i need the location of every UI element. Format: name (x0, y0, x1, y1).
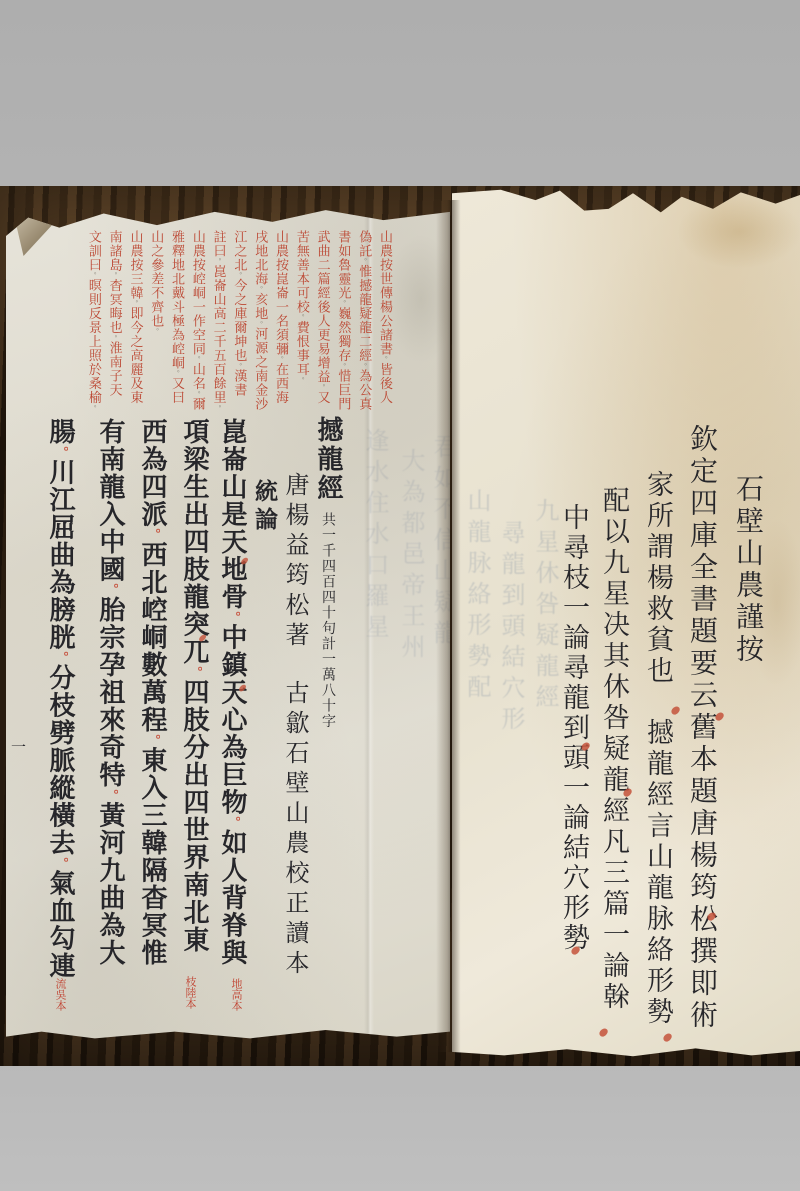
annotation-column: 文訓曰。暝則反景上照於桑榆。 (82, 230, 103, 444)
manuscript-photo-page: 逢水住水口羅星 大為都邑帝王州 君如不信山疑龍 山農按世傳楊公諸書。皆後人 偽託… (0, 0, 800, 1191)
verse-column: 項梁生出四肢龍突兀。四肢分出四世界南北東 (176, 418, 213, 954)
preface-column: 配以九星决其休咎疑龍經凡三篇一論榦 (594, 486, 633, 1013)
title-column: 撼龍經共一千四百四十句計一萬八十字 (310, 416, 347, 729)
annotation-column: 書如魯靈光。巍然獨存。惜巨門 (332, 230, 353, 444)
preface-column: 家所謂楊救貧也 撼龍經言山龍脉絡形勢 (638, 470, 677, 1028)
annotation-column: 山農按三韓。即今之高麗及東 (124, 230, 145, 444)
annotation-column: 偽託。惟撼龍疑龍二經。為公真 (352, 230, 373, 444)
folded-corner (12, 210, 60, 256)
bleedthrough-text: 大為都邑帝王州 (394, 448, 429, 665)
annotation-column: 江之北。今之庫爾坤也。漢書 (228, 230, 249, 444)
preface-column: 中尋枝一論尋龍到頭一論結穴形勢 (554, 503, 593, 953)
preface-column: 石壁山農謹按 (728, 474, 768, 666)
stain (677, 194, 800, 269)
annotation-column: 苦無善本可校。費恨事耳。 (290, 230, 311, 444)
annotation-column: 山農按崆峒一作空同。山名。爾 (186, 230, 207, 444)
author-name: 唐楊益筠松著 (281, 472, 309, 652)
annotation-column: 戌地北海。亥地。河源之南金沙 (248, 230, 269, 444)
author-column: 唐楊益筠松著古歙石壁山農校正讀本 (278, 472, 313, 980)
margin-mark: 一 (11, 736, 26, 757)
annotation-column: 南諸島。杳冥晦也。淮南子天 (103, 230, 124, 444)
photograph: 逢水住水口羅星 大為都邑帝王州 君如不信山疑龍 山農按世傳楊公諸書。皆後人 偽託… (0, 186, 800, 1066)
vermilion-mark (662, 1032, 673, 1043)
bleedthrough-text: 逢水住水口羅星 (358, 428, 393, 645)
section-heading: 統論 (248, 479, 281, 535)
bleedthrough-text: 君如不信山疑龍 (426, 434, 450, 651)
bleedthrough-text: 尋龍到頭結穴形 (494, 520, 529, 737)
annotation-column: 山農按崑崙一名須彌。在西海 (269, 230, 290, 444)
verse-column: 西為四派。西北崆峒數萬程。東入三韓隔杳冥惟 (134, 418, 171, 967)
right-page: 山龍脉絡形勢配 尋龍到頭結穴形 九星休咎疑龍經 石壁山農謹按 欽定四庫全書題要云… (452, 188, 800, 1058)
preface-column: 欽定四庫全書題要云舊本題唐楊筠松撰即術 (682, 424, 722, 1032)
variant-note: 枝陸本 (182, 976, 198, 1009)
left-page: 逢水住水口羅星 大為都邑帝王州 君如不信山疑龍 山農按世傳楊公諸書。皆後人 偽託… (6, 206, 450, 1040)
annotation-column: 註曰。崑崙山高二千五百餘里。 (207, 230, 228, 444)
verse-column: 腸。川江屈曲為膀胱。分枝劈脈縱橫去。氣血勾連 (42, 418, 79, 980)
stain (386, 234, 450, 364)
annotation-column: 山農按世傳楊公諸書。皆後人 (373, 230, 394, 444)
vermilion-mark (598, 1027, 609, 1038)
character-count-note: 共一千四百四十句計一萬八十字 (320, 512, 336, 729)
book-title: 撼龍經 (313, 416, 343, 503)
verse-column: 崑崙山是天地骨。中鎮天心為巨物。如人背脊與 (214, 418, 251, 967)
annotation-column: 雅釋地北戴斗極為崆峒。又曰 (165, 230, 186, 444)
annotation-column: 武曲二篇經後人更易增益。又 (311, 230, 332, 444)
bleedthrough-text: 山龍脉絡形勢配 (460, 488, 495, 705)
red-annotation-block: 山農按世傳楊公諸書。皆後人 偽託。惟撼龍疑龍二經。為公真 書如魯靈光。巍然獨存。… (82, 230, 394, 444)
variant-note: 地高本 (228, 978, 244, 1011)
edition-note: 古歙石壁山農校正讀本 (281, 680, 309, 980)
annotation-column: 山之參差不齊也。 (144, 230, 165, 444)
verse-column: 有南龍入中國。胎宗孕祖來奇特。黃河九曲為大 (92, 418, 129, 967)
variant-note: 流吳本 (52, 978, 68, 1011)
